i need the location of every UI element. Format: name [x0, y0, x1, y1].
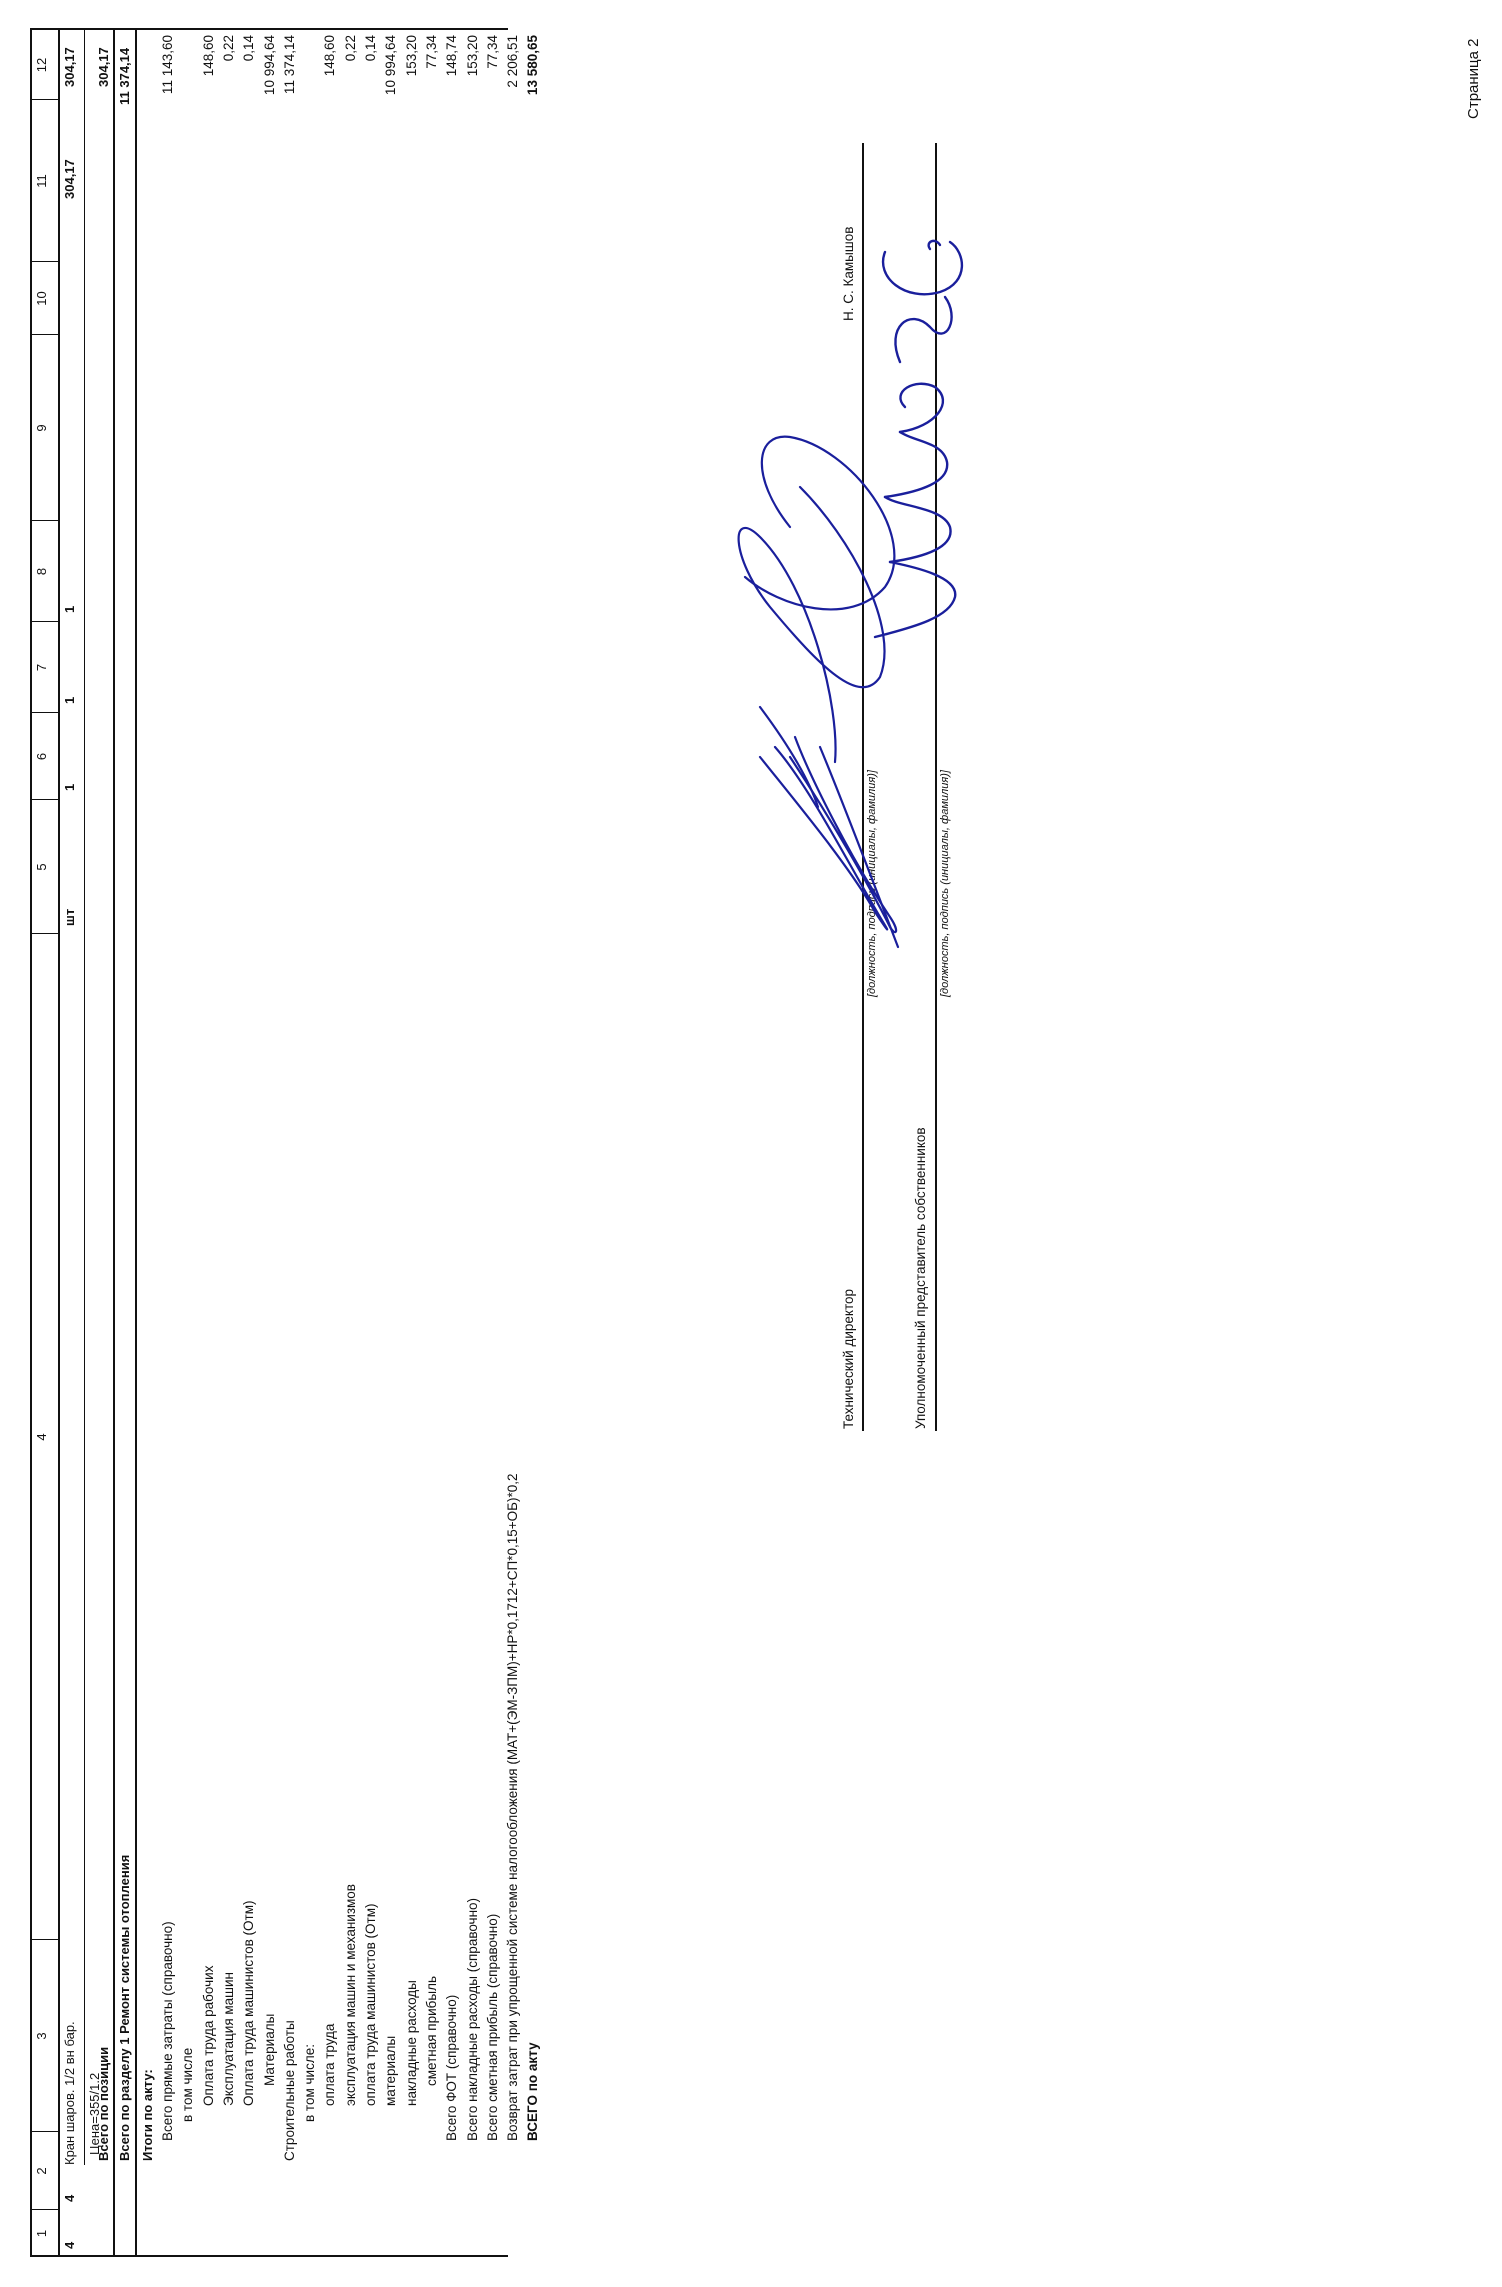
col-header-1: 1 [34, 2210, 54, 2257]
item-col6: 1 [62, 784, 77, 791]
position-total-label: Всего по позиции [96, 2047, 111, 2161]
act-total-label: оплата труда [322, 2024, 337, 2106]
act-total-value: 148,74 [444, 35, 459, 195]
col-header-11: 11 [34, 100, 54, 262]
item-col1: 4 [62, 2242, 77, 2249]
table-left-border [30, 2255, 508, 2257]
act-total-label: Эксплуатация машин [221, 1972, 236, 2106]
act-total-label: оплата труда машинистов (Отм) [363, 1904, 378, 2107]
item-col13: 304,17 [62, 47, 77, 87]
act-total-value: 77,34 [485, 35, 500, 195]
act-total-label: сметная прибыль [424, 1976, 439, 2086]
section-total-value: 11 374,14 [117, 48, 132, 105]
col-header-12: 12 [34, 30, 54, 100]
col-header-6: 6 [34, 713, 54, 800]
act-total-value: 0,22 [343, 35, 358, 195]
item-row-bottom-border [84, 29, 85, 2165]
act-total-label: материалы [383, 2036, 398, 2106]
act-total-label: Оплата труда машинистов (Отм) [241, 1901, 256, 2107]
act-total-value: 0,14 [241, 35, 256, 195]
col-header-2: 2 [34, 2132, 54, 2210]
act-total-value: 0,14 [363, 35, 378, 195]
section-total-label: Всего по разделу 1 Ремонт системы отопле… [117, 1855, 132, 2161]
act-total-value: 10 994,64 [383, 35, 398, 195]
act-total-value: 0,22 [221, 35, 236, 195]
signature-role-2: Уполномоченный представитель собственник… [913, 1127, 928, 1429]
col-header-10: 10 [34, 262, 54, 335]
rotated-document-page: 1 2 3 4 5 6 7 8 9 10 11 12 4 4 Кран шаро… [0, 0, 1502, 2287]
position-total-bottom-border [113, 29, 115, 2257]
item-col2: 4 [62, 2195, 77, 2202]
item-col8: 1 [62, 606, 77, 613]
item-col7: 1 [62, 697, 77, 704]
col-header-9: 9 [34, 335, 54, 521]
act-total-value: 153,20 [465, 35, 480, 195]
header-bottom-border [58, 29, 60, 2257]
page-number: Страница 2 [1465, 39, 1482, 120]
col-header-4: 4 [34, 934, 54, 1940]
act-total-value: 153,20 [404, 35, 419, 195]
col-header-8: 8 [34, 521, 54, 622]
act-total-label: Всего прямые затраты (справочно) [160, 1921, 175, 2141]
act-total-value: 10 994,64 [262, 35, 277, 195]
item-unit: шт [62, 909, 77, 926]
item-name: Кран шаров. 1/2 вн бар. [62, 2021, 77, 2165]
act-total-value: 77,34 [424, 35, 439, 195]
act-total-label: Всего сметная прибыль (справочно) [485, 1914, 500, 2141]
act-totals-header: Итоги по акту: [140, 2069, 155, 2161]
col-header-5: 5 [34, 800, 54, 934]
act-total-value: 148,60 [322, 35, 337, 195]
table-right-border [30, 28, 508, 30]
section-total-bottom-border [135, 29, 137, 2257]
handwritten-signature-2 [855, 227, 985, 647]
act-total-value: 148,60 [201, 35, 216, 195]
act-total-label: накладные расходы [404, 1980, 419, 2106]
act-total-value: 11 374,14 [282, 35, 297, 195]
act-total-label: в том числе: [302, 2044, 317, 2122]
signature-name-1: Н. С. Камышов [841, 227, 856, 321]
act-total-label: Всего ФОТ (справочно) [444, 1995, 459, 2141]
act-total-label: Возврат затрат при упрощенной системе на… [505, 1473, 520, 2141]
col-header-7: 7 [34, 622, 54, 713]
signature-role-1: Технический директор [841, 1289, 856, 1429]
position-total-value: 304,17 [96, 47, 111, 87]
item-col11: 304,17 [62, 159, 77, 199]
act-total-label: Всего накладные расходы (справочно) [465, 1898, 480, 2141]
col-header-3: 3 [34, 1940, 54, 2132]
act-total-label: в том числе [180, 2048, 195, 2122]
act-total-value: 2 206,51 [505, 35, 520, 195]
act-total-label: ВСЕГО по акту [525, 2042, 540, 2141]
act-total-value: 11 143,60 [160, 35, 175, 195]
table-top-border [30, 29, 32, 2257]
act-total-label: эксплуатация машин и механизмов [343, 1884, 358, 2106]
act-total-label: Строительные работы [282, 2020, 297, 2161]
act-total-label: Оплата труда рабочих [201, 1966, 216, 2106]
act-total-label: Материалы [262, 2014, 277, 2086]
act-total-value: 13 580,65 [525, 35, 540, 195]
